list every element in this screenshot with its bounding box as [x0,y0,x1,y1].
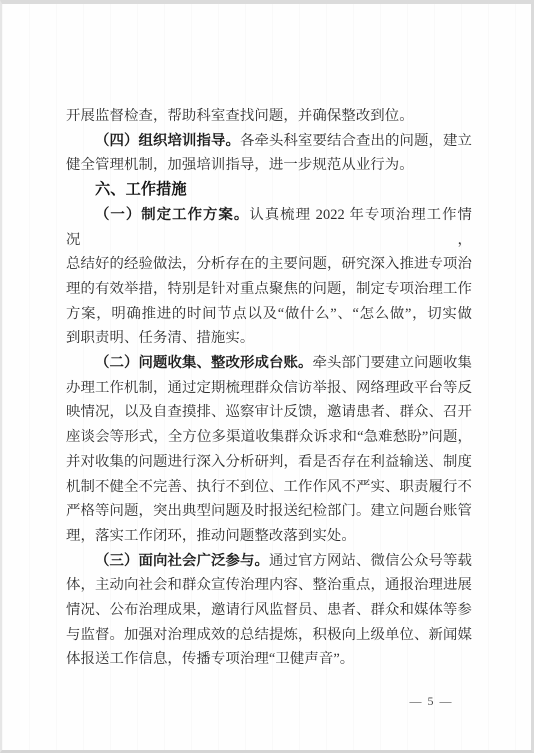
text-line: 并对收集的问题进行深入分析研判，看是否存在利益输送、制度 [66,450,472,475]
text-line: 机制不健全不完善、执行不到位、工作作风不严实、职责履行不 [66,475,472,500]
text-line: 体报送工作信息，传播专项治理“卫健声音”。 [66,647,472,672]
text-line: 到职责明、任务清、措施实。 [66,326,472,351]
paragraph-lead: （三）面向社会广泛参与。 [95,553,269,569]
section-heading: 六、工作措施 [66,178,472,203]
text-line: 牵头部门要建立问题收集 [313,355,473,371]
paragraph-start-line: （一）制定工作方案。认真梳理 2022 年专项治理工作情况， [66,203,472,252]
text-line: 座谈会等形式，全方位多渠道收集群众诉求和“急难愁盼”问题， [66,425,472,450]
text-line: 通过官方网站、微信公众号等载 [269,553,472,569]
text-line: 健全管理机制，加强培训指导，进一步规范从业行为。 [66,153,472,178]
text-line: 与监督。加强对治理成效的总结提炼，积极向上级单位、新闻媒 [66,623,472,648]
text-line: 情况、公布治理成果，邀请行风监督员、患者、群众和媒体等参 [66,598,472,623]
paragraph-lead: （二）问题收集、整改形成台账。 [95,355,313,371]
paragraph-start-line: （三）面向社会广泛参与。通过官方网站、微信公众号等载 [66,549,472,574]
text-line: 方案，明确推进的时间节点以及“做什么”、“怎么做”，切实做 [66,302,472,327]
text-line: 理的有效举措，特别是针对重点聚焦的问题，制定专项治理工作 [66,277,472,302]
paragraph-start-line: （四）组织培训指导。各牵头科室要结合查出的问题，建立 [66,129,472,154]
text-line: 映情况，以及自查摸排、巡察审计反馈，邀请患者、群众、召开 [66,400,472,425]
text-line: 严格等问题，突出典型问题及时报送纪检部门。建立问题台账管 [66,499,472,524]
paragraph-lead: （四）组织培训指导。 [95,133,240,149]
text-line: 体，主动向社会和群众宣传治理内容、整治重点，通报治理进展 [66,573,472,598]
text-line: 总结好的经验做法，分析存在的主要问题，研究深入推进专项治 [66,252,472,277]
document-page: 开展监督检查，帮助科室查找问题，并确保整改到位。 （四）组织培训指导。各牵头科室… [0,0,534,753]
page-number: — 5 — [410,694,454,709]
text-line: 理，落实工作闭环，推动问题整改落到实处。 [66,524,472,549]
paragraph-start-line: （二）问题收集、整改形成台账。牵头部门要建立问题收集 [66,351,472,376]
text-line: 办理工作机制，通过定期梳理群众信访举报、网络理政平台等反 [66,376,472,401]
text-line: 开展监督检查，帮助科室查找问题，并确保整改到位。 [66,104,472,129]
document-body: 开展监督检查，帮助科室查找问题，并确保整改到位。 （四）组织培训指导。各牵头科室… [66,104,472,672]
paragraph-lead: （一）制定工作方案。 [95,207,249,223]
text-line: 各牵头科室要结合查出的问题，建立 [240,133,472,149]
